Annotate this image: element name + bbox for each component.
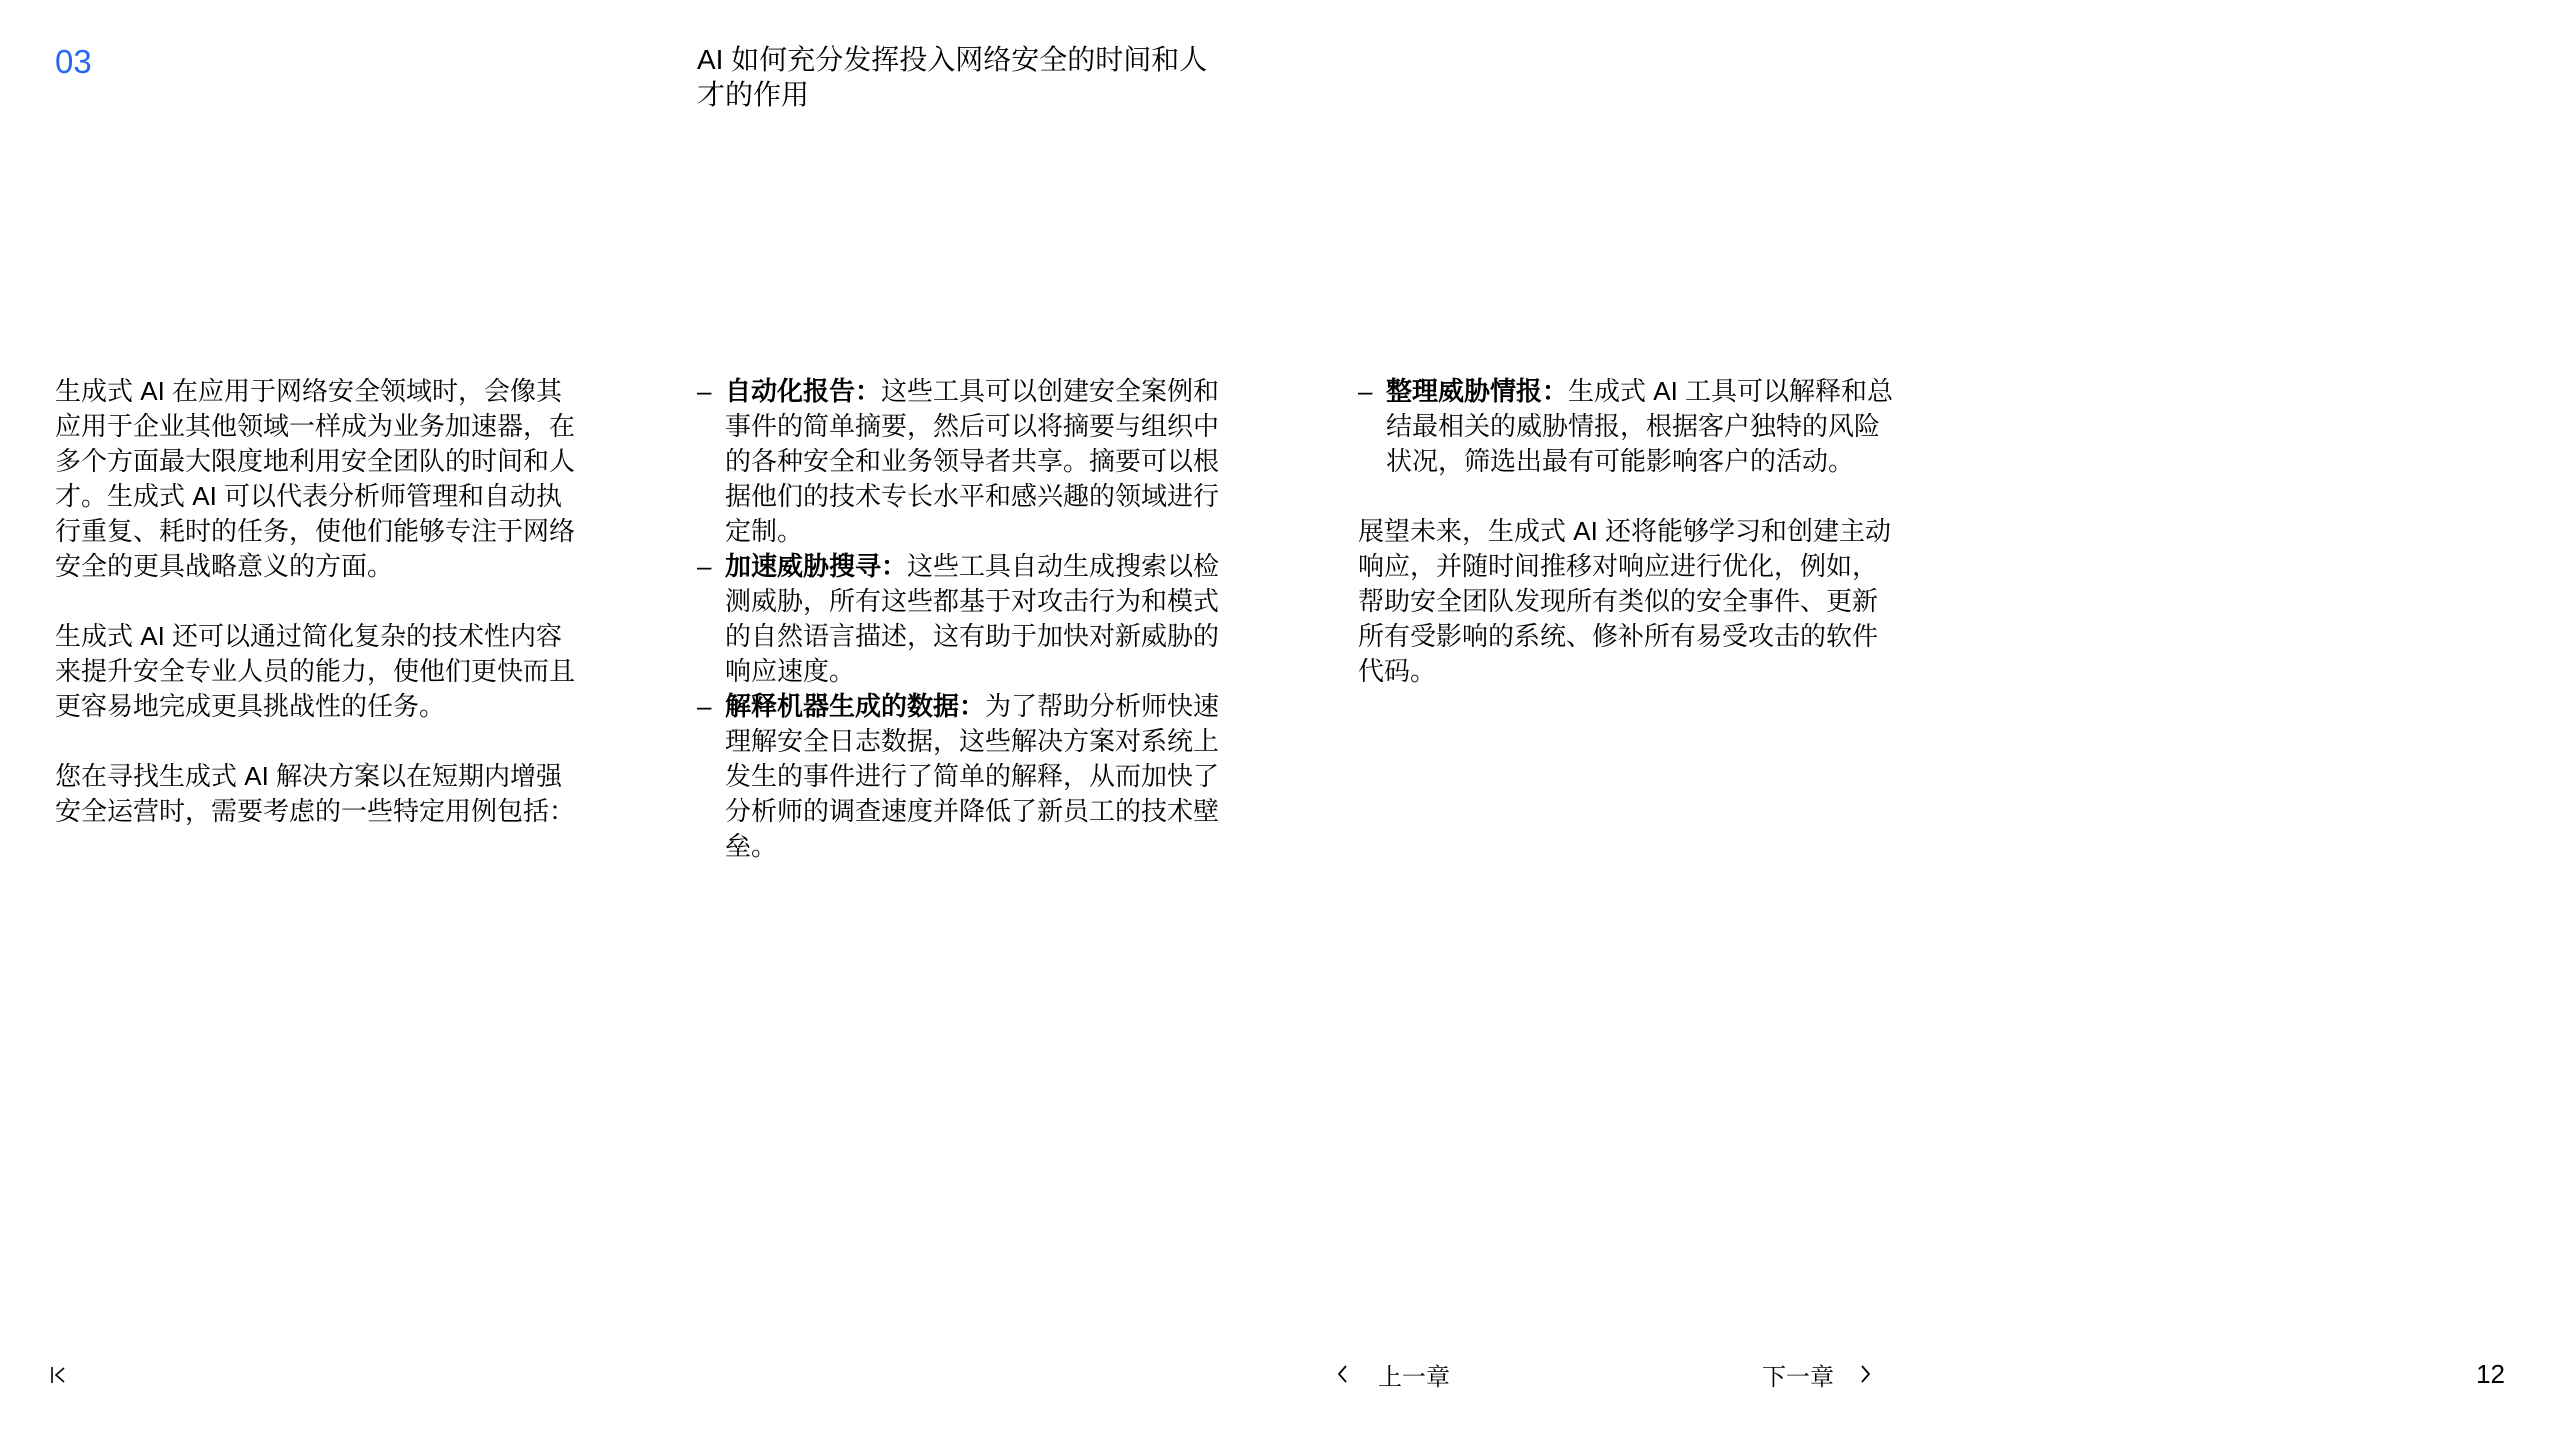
chevron-left-icon (1337, 1364, 1348, 1384)
text-column-right: – 整理威胁情报：生成式 AI 工具可以解释和总结最相关的威胁情报，根据客户独特… (1358, 374, 1898, 689)
skip-to-first-page-button[interactable] (50, 1362, 76, 1388)
text-column-left: 生成式 AI 在应用于网络安全领域时，会像其应用于企业其他领域一样成为业务加速器… (55, 374, 579, 829)
page-number: 12 (2476, 1360, 2505, 1388)
list-item: – 整理威胁情报：生成式 AI 工具可以解释和总结最相关的威胁情报，根据客户独特… (1358, 374, 1898, 479)
previous-chapter-button[interactable]: 上一章 (1337, 1356, 1450, 1392)
paragraph: 您在寻找生成式 AI 解决方案以在短期内增强安全运营时，需要考虑的一些特定用例包… (55, 759, 579, 829)
skip-to-first-icon (50, 1366, 69, 1384)
dash-bullet-marker: – (697, 374, 711, 409)
dash-bullet-marker: – (697, 549, 711, 584)
previous-chapter-label: 上一章 (1378, 1357, 1450, 1392)
list-item: – 解释机器生成的数据：为了帮助分析师快速理解安全日志数据，这些解决方案对系统上… (697, 689, 1237, 864)
page-title: AI 如何充分发挥投入网络安全的时间和人才的作用 (697, 42, 1219, 112)
use-case-list: – 自动化报告：这些工具可以创建安全案例和事件的简单摘要，然后可以将摘要与组织中… (697, 374, 1237, 864)
bullet-label: 解释机器生成的数据： (725, 691, 985, 721)
paragraph: 生成式 AI 还可以通过简化复杂的技术性内容来提升安全专业人员的能力，使他们更快… (55, 619, 579, 724)
next-chapter-button[interactable]: 下一章 (1762, 1356, 1871, 1392)
chapter-number: 03 (55, 44, 92, 80)
use-case-list: – 整理威胁情报：生成式 AI 工具可以解释和总结最相关的威胁情报，根据客户独特… (1358, 374, 1898, 479)
chevron-right-icon (1860, 1364, 1871, 1384)
paragraph: 生成式 AI 在应用于网络安全领域时，会像其应用于企业其他领域一样成为业务加速器… (55, 374, 579, 584)
bullet-label: 加速威胁搜寻： (725, 551, 907, 581)
paragraph: 展望未来，生成式 AI 还将能够学习和创建主动响应，并随时间推移对响应进行优化，… (1358, 514, 1898, 689)
dash-bullet-marker: – (697, 689, 711, 724)
next-chapter-label: 下一章 (1762, 1357, 1834, 1392)
list-item: – 自动化报告：这些工具可以创建安全案例和事件的简单摘要，然后可以将摘要与组织中… (697, 374, 1237, 549)
dash-bullet-marker: – (1358, 374, 1372, 409)
list-item: – 加速威胁搜寻：这些工具自动生成搜索以检测威胁，所有这些都基于对攻击行为和模式… (697, 549, 1237, 689)
text-column-middle: – 自动化报告：这些工具可以创建安全案例和事件的简单摘要，然后可以将摘要与组织中… (697, 374, 1237, 864)
bullet-label: 整理威胁情报： (1386, 376, 1568, 406)
document-page: 03 AI 如何充分发挥投入网络安全的时间和人才的作用 生成式 AI 在应用于网… (0, 0, 2560, 1440)
bullet-label: 自动化报告： (725, 376, 881, 406)
